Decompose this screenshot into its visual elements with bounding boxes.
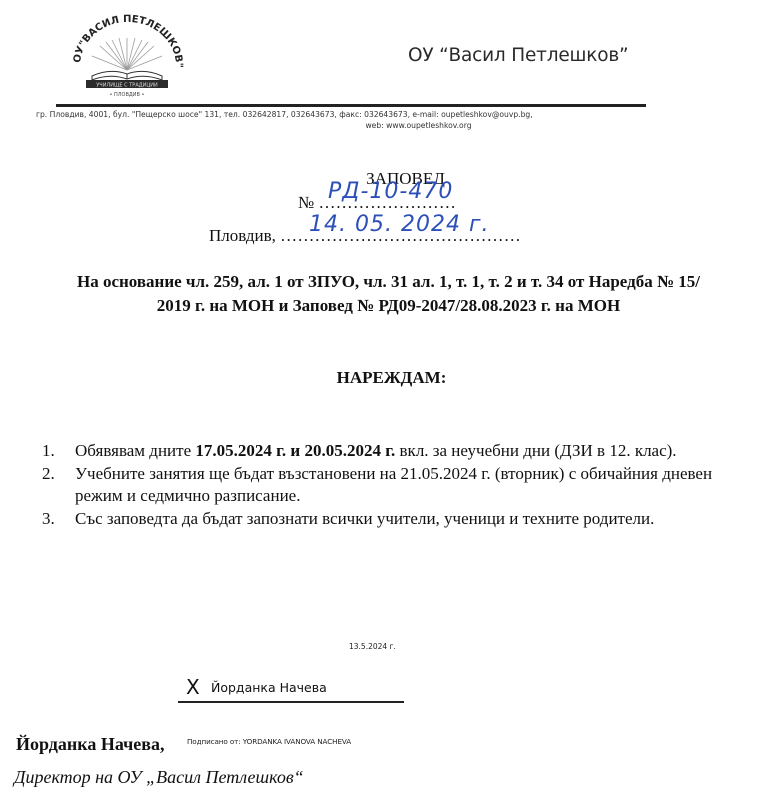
list-item: 1. Обявявам дните 17.05.2024 г. и 20.05.…	[40, 440, 740, 463]
handwritten-order-number: РД-10-470	[328, 179, 453, 204]
item-number: 1.	[42, 440, 55, 463]
svg-text:ОУ"ВАСИЛ ПЕТЛЕШКОВ": ОУ"ВАСИЛ ПЕТЛЕШКОВ"	[72, 14, 184, 68]
header-divider	[56, 104, 646, 107]
website: web: www.oupetleshkov.org	[0, 121, 777, 130]
signer-name: Йорданка Начева,	[16, 734, 165, 755]
list-item: 3. Със заповедта да бъдат запознати всич…	[40, 508, 740, 531]
legal-basis-line-1: На основание чл. 259, ал. 1 от ЗПУО, чл.…	[20, 270, 757, 294]
svg-text:УЧИЛИЩЕ С ТРАДИЦИИ: УЧИЛИЩЕ С ТРАДИЦИИ	[96, 83, 158, 89]
place-label: Пловдив,	[209, 226, 276, 245]
legal-basis-line-2: 2019 г. на МОН и Заповед № РД09-2047/28.…	[20, 294, 757, 318]
order-items: 1. Обявявам дните 17.05.2024 г. и 20.05.…	[40, 440, 740, 530]
place-date-row: Пловдив, …………………………………… 14. 05. 2024 г.	[209, 226, 521, 246]
open-book-sunburst-icon: ОУ"ВАСИЛ ПЕТЛЕШКОВ" УЧИЛИЩЕ С ТРАДИЦИИ •…	[62, 8, 192, 100]
order-number-row: № …………………… РД-10-470	[298, 193, 456, 213]
signed-by-label: Подписано от: YORDANKA IVANOVA NACHEVA	[187, 737, 351, 746]
school-logo: ОУ"ВАСИЛ ПЕТЛЕШКОВ" УЧИЛИЩЕ С ТРАДИЦИИ •…	[62, 8, 192, 100]
decree-heading: НАРЕЖДАМ:	[0, 368, 777, 388]
signature-name: Йорданка Начева	[211, 680, 327, 695]
signature-x-mark-icon: X	[186, 675, 200, 699]
holiday-dates: 17.05.2024 г. и 20.05.2024 г.	[195, 441, 395, 460]
item-number: 2.	[42, 463, 55, 486]
legal-basis: На основание чл. 259, ал. 1 от ЗПУО, чл.…	[20, 270, 757, 318]
item-number: 3.	[42, 508, 55, 531]
list-item: 2. Учебните занятия ще бъдат възстановен…	[40, 463, 740, 508]
school-name: ОУ “Васил Петлешков”	[408, 45, 628, 66]
signature-date: 13.5.2024 г.	[349, 642, 396, 651]
signature-line	[178, 701, 404, 703]
contact-info: гр. Пловдив, 4001, бул. "Пещерско шосе" …	[36, 110, 676, 119]
signer-title: Директор на ОУ „Васил Петлешков“	[14, 767, 304, 788]
handwritten-date: 14. 05. 2024 г.	[309, 212, 490, 237]
number-label: №	[298, 193, 314, 212]
svg-text:• ПЛОВДИВ •: • ПЛОВДИВ •	[109, 92, 144, 98]
